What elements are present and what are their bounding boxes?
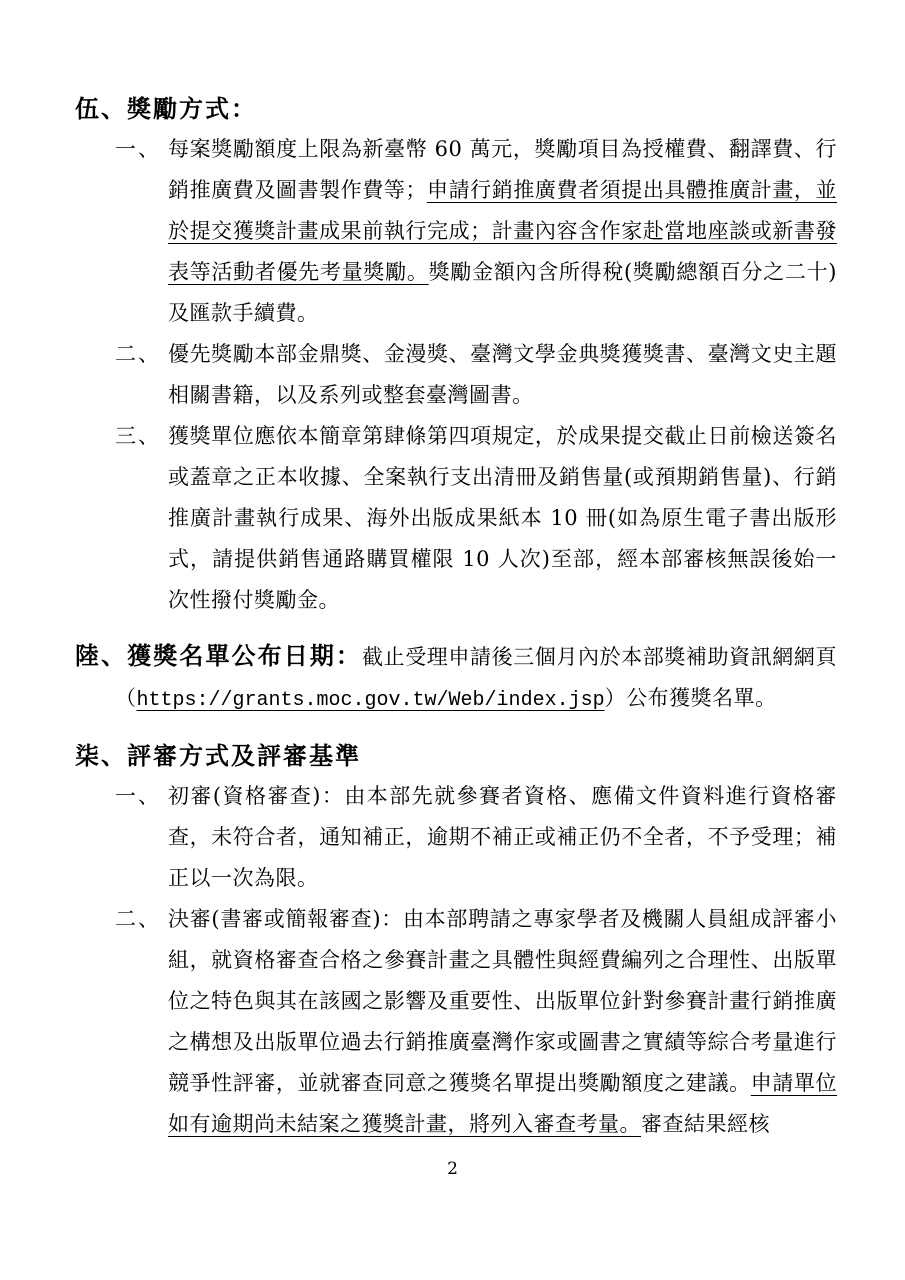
item-text: 優先獎勵本部金鼎獎、金漫獎、臺灣文學金典獎獲獎書、臺灣文史主題相關書籍，以及系列…	[168, 334, 837, 416]
text-run: 優先獎勵本部金鼎獎、金漫獎、臺灣文學金典獎獲獎書、臺灣文史主題相關書籍，以及系列…	[168, 342, 837, 407]
grants-website-link[interactable]: https://grants.moc.gov.tw/Web/index.jsp	[137, 689, 605, 712]
list-item-reward-3: 三、 獲獎單位應依本簡章第肆條第四項規定，於成果提交截止日前檢送簽名或蓋章之正本…	[115, 416, 837, 621]
list-item-reward-2: 二、 優先獎勵本部金鼎獎、金漫獎、臺灣文學金典獎獲獎書、臺灣文史主題相關書籍，以…	[115, 334, 837, 416]
item-text: 每案獎勵額度上限為新臺幣 60 萬元，獎勵項目為授權費、翻譯費、行銷推廣費及圖書…	[168, 129, 837, 334]
text-run: ）公布獲獎名單。	[605, 686, 777, 710]
text-run: 獲獎單位應依本簡章第肆條第四項規定，於成果提交截止日前檢送簽名或蓋章之正本收據、…	[168, 424, 837, 612]
text-run: 初審(資格審查)：由本部先就參賽者資格、應備文件資料進行資格審查，未符合者，通知…	[168, 784, 837, 890]
item-label: 三、	[115, 416, 168, 621]
item-label: 二、	[115, 899, 168, 1145]
section-reward-method: 伍、獎勵方式： 一、 每案獎勵額度上限為新臺幣 60 萬元，獎勵項目為授權費、翻…	[75, 88, 837, 621]
text-run: 決審(書審或簡報審查)：由本部聘請之專家學者及機關人員組成評審小組，就資格審查合…	[168, 907, 837, 1095]
section-heading-review-criteria: 柒、評審方式及評審基準	[75, 735, 837, 776]
item-label: 一、	[115, 129, 168, 334]
list-item-reward-1: 一、 每案獎勵額度上限為新臺幣 60 萬元，獎勵項目為授權費、翻譯費、行銷推廣費…	[115, 129, 837, 334]
item-text: 初審(資格審查)：由本部先就參賽者資格、應備文件資料進行資格審查，未符合者，通知…	[168, 776, 837, 899]
list-item-review-2: 二、 決審(書審或簡報審查)：由本部聘請之專家學者及機關人員組成評審小組，就資格…	[115, 899, 837, 1145]
section-announcement-date: 陸、獲獎名單公布日期：截止受理申請後三個月內於本部獎補助資訊網網頁（https:…	[75, 635, 837, 721]
section-review-criteria: 柒、評審方式及評審基準 一、 初審(資格審查)：由本部先就參賽者資格、應備文件資…	[75, 735, 837, 1145]
text-run: 審查結果經核	[641, 1112, 770, 1136]
item-text: 獲獎單位應依本簡章第肆條第四項規定，於成果提交截止日前檢送簽名或蓋章之正本收據、…	[168, 416, 837, 621]
inline-heading-announcement-date: 陸、獲獎名單公布日期：	[75, 641, 362, 670]
section-heading-reward-method: 伍、獎勵方式：	[75, 88, 837, 129]
item-label: 二、	[115, 334, 168, 416]
list-item-review-1: 一、 初審(資格審查)：由本部先就參賽者資格、應備文件資料進行資格審查，未符合者…	[115, 776, 837, 899]
announcement-paragraph: 陸、獲獎名單公布日期：截止受理申請後三個月內於本部獎補助資訊網網頁（https:…	[75, 635, 837, 721]
item-text: 決審(書審或簡報審查)：由本部聘請之專家學者及機關人員組成評審小組，就資格審查合…	[168, 899, 837, 1145]
page-number: 2	[0, 1158, 905, 1180]
item-label: 一、	[115, 776, 168, 899]
document-page: 伍、獎勵方式： 一、 每案獎勵額度上限為新臺幣 60 萬元，獎勵項目為授權費、翻…	[0, 0, 905, 1280]
